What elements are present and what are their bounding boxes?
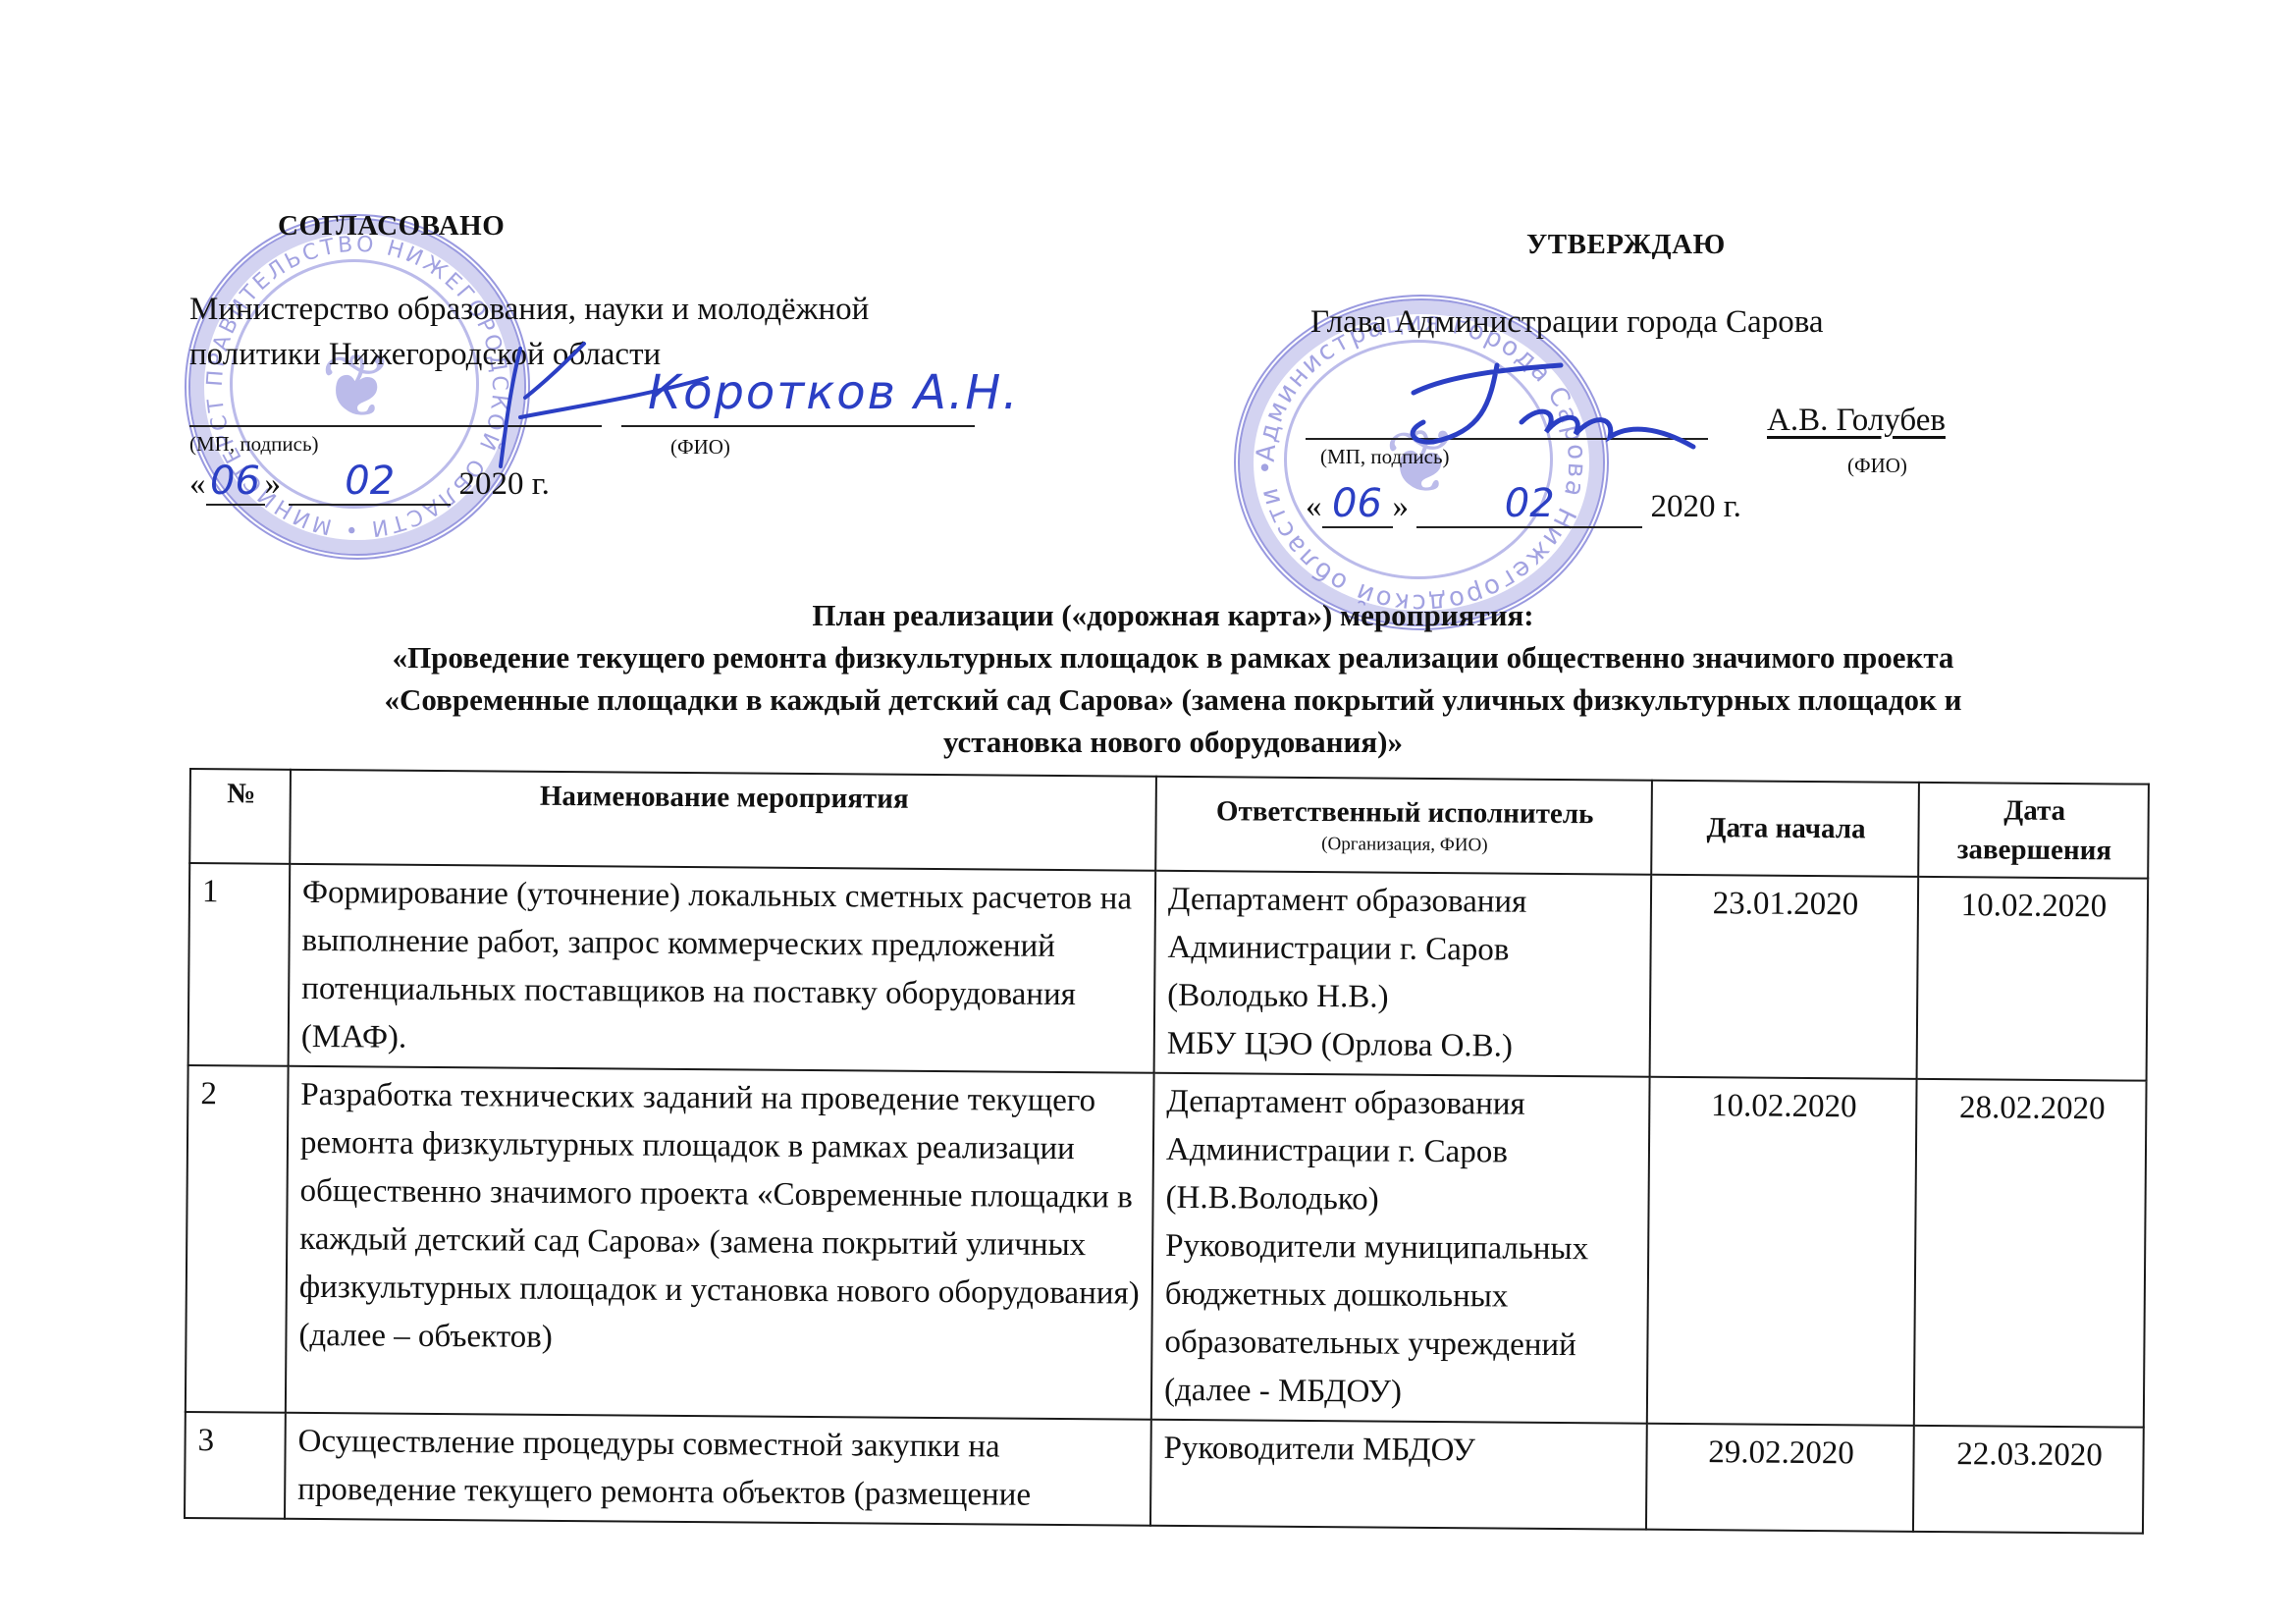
executor-line: (Н.В.Володько) [1165, 1174, 1637, 1226]
roadmap-table: № Наименование мероприятия Ответственный… [184, 768, 2150, 1535]
executor-line: Департамент образования [1168, 876, 1640, 928]
executor-line: Департамент образования [1166, 1078, 1638, 1130]
date-month-field: 02 [289, 459, 451, 506]
approval-left-heading: СОГЛАСОВАНО [278, 210, 505, 243]
row-name: Формирование (уточнение) локальных сметн… [289, 864, 1156, 1073]
date-year: 2020 г. [1651, 489, 1741, 524]
header-start-date: Дата начала [1651, 781, 1919, 877]
executor-line: Администрации г. Саров [1166, 1126, 1638, 1178]
date-year: 2020 г. [459, 466, 550, 502]
header-end-line: завершения [1931, 830, 2137, 871]
signature-caption-right: (МП, подпись) [1320, 445, 1450, 469]
header-executor: Ответственный исполнитель (Организация, … [1155, 777, 1652, 875]
row-num: 2 [186, 1065, 289, 1413]
row-start-date: 10.02.2020 [1647, 1077, 1917, 1426]
organization-line: Глава Администрации города Сарова [1310, 299, 1824, 345]
ministry-stamp: ПРАВИТЕЛЬСТВО НИЖЕГОРОДСКОЙ ОБЛАСТИ • МИ… [185, 214, 530, 560]
table-row: 2 Разработка технических заданий на пров… [186, 1065, 2147, 1428]
signature-caption-left: (МП, подпись) [189, 432, 319, 457]
approval-right-organization: Глава Администрации города Сарова [1310, 299, 1824, 345]
organization-line: Министерство образования, науки и молодё… [189, 287, 869, 332]
approval-date-right: «06» 02 2020 г. [1306, 481, 1741, 528]
header-executor-sublabel: (Организация, ФИО) [1168, 831, 1640, 860]
row-start-date: 29.02.2020 [1646, 1424, 1914, 1532]
name-caption-left: (ФИО) [670, 435, 730, 460]
approval-date-left: «06» 02 2020 г. [189, 459, 550, 506]
header-end-date: Дата завершения [1918, 783, 2149, 879]
header-name: Наименование мероприятия [290, 770, 1156, 871]
date-close-quote: » [1393, 489, 1410, 524]
title-line: установка нового оборудования)» [196, 721, 2150, 763]
table-row: 1 Формирование (уточнение) локальных сме… [188, 863, 2149, 1081]
date-open-quote: « [189, 466, 206, 502]
approval-right-heading: УТВЕРЖДАЮ [1526, 229, 1726, 261]
date-day-field: 06 [206, 459, 265, 506]
header-num: № [189, 769, 291, 864]
row-start-date: 23.01.2020 [1650, 875, 1919, 1079]
header-executor-label: Ответственный исполнитель [1216, 795, 1594, 830]
title-line: «Проведение текущего ремонта физкультурн… [196, 636, 2150, 678]
row-name: Разработка технических заданий на провед… [286, 1066, 1154, 1420]
header-end-line: Дата [1932, 790, 2138, 832]
date-open-quote: « [1306, 489, 1322, 524]
row-num: 3 [185, 1412, 286, 1519]
executor-line: Администрации г. Саров [1167, 924, 1639, 976]
table-row: 3 Осуществление процедуры совместной зак… [185, 1412, 2144, 1534]
name-handwritten-left: Коротков А.Н. [648, 365, 1020, 420]
row-end-date: 28.02.2020 [1914, 1079, 2147, 1428]
date-day-field: 06 [1322, 481, 1393, 528]
row-executor: Департамент образования Администрации г.… [1151, 1073, 1650, 1424]
row-end-date: 22.03.2020 [1913, 1426, 2144, 1534]
executor-line: (Володько Н.В.) [1167, 972, 1639, 1024]
row-executor: Департамент образования Администрации г.… [1154, 871, 1652, 1077]
name-printed-right: А.В. Голубев [1767, 403, 1946, 439]
date-close-quote: » [265, 466, 282, 502]
table-header-row: № Наименование мероприятия Ответственный… [189, 769, 2149, 879]
row-num: 1 [188, 863, 291, 1066]
row-name: Осуществление процедуры совместной закуп… [285, 1413, 1151, 1526]
executor-line: Руководители муниципальных бюджетных дош… [1164, 1222, 1638, 1419]
executor-line: Руководители МБДОУ [1163, 1425, 1635, 1477]
executor-line: МБУ ЦЭО (Орлова О.В.) [1167, 1020, 1639, 1072]
name-line-left [621, 425, 975, 427]
title-line: «Современные площадки в каждый детский с… [196, 678, 2150, 721]
name-caption-right: (ФИО) [1847, 454, 1907, 478]
row-executor: Руководители МБДОУ [1150, 1420, 1647, 1530]
row-end-date: 10.02.2020 [1917, 877, 2149, 1081]
document-title: План реализации («дорожная карта») мероп… [196, 594, 2150, 763]
date-month-field: 02 [1416, 481, 1642, 528]
title-line: План реализации («дорожная карта») мероп… [196, 594, 2150, 636]
